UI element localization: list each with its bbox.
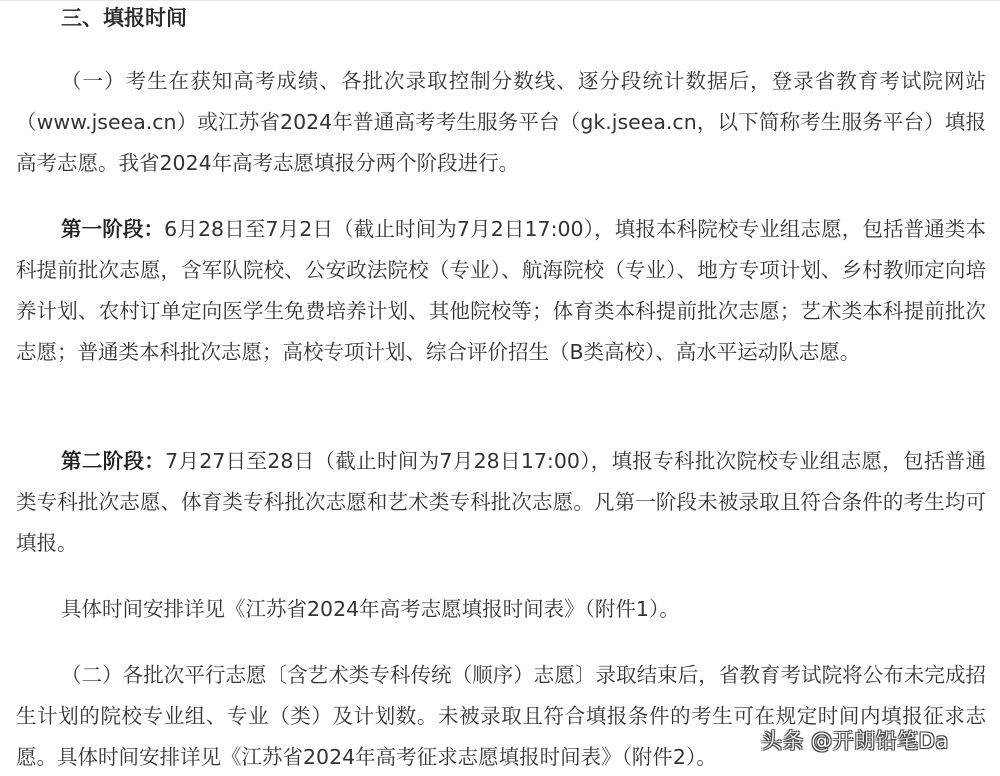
paragraph-phase-two: 第二阶段：7月27日至28日（截止时间为7月28日17:00），填报专科批次院校… — [16, 441, 986, 564]
paragraph-phase-one: 第一阶段：6月28日至7月2日（截止时间为7月2日17:00），填报本科院校专业… — [16, 209, 986, 373]
phase-one-label: 第一阶段： — [61, 217, 164, 241]
section-heading: 三、填报时间 — [61, 3, 187, 33]
watermark: 头条 @开朗铅笔Da — [761, 727, 949, 755]
phase-two-label: 第二阶段： — [61, 449, 165, 473]
top-divider — [0, 0, 1000, 1]
paragraph-overview: （一）考生在获知高考成绩、各批次录取控制分数线、逐分段统计数据后，登录省教育考试… — [16, 61, 986, 184]
paragraph-supplementary: （二）各批次平行志愿〔含艺术类专科传统（顺序）志愿〕录取结束后，省教育考试院将公… — [16, 655, 986, 776]
paragraph-text: 具体时间安排详见《江苏省2024年高考志愿填报时间表》（附件1）。 — [61, 597, 680, 621]
paragraph-schedule-note: 具体时间安排详见《江苏省2024年高考志愿填报时间表》（附件1）。 — [16, 589, 986, 630]
paragraph-text: （一）考生在获知高考成绩、各批次录取控制分数线、逐分段统计数据后，登录省教育考试… — [16, 69, 986, 175]
